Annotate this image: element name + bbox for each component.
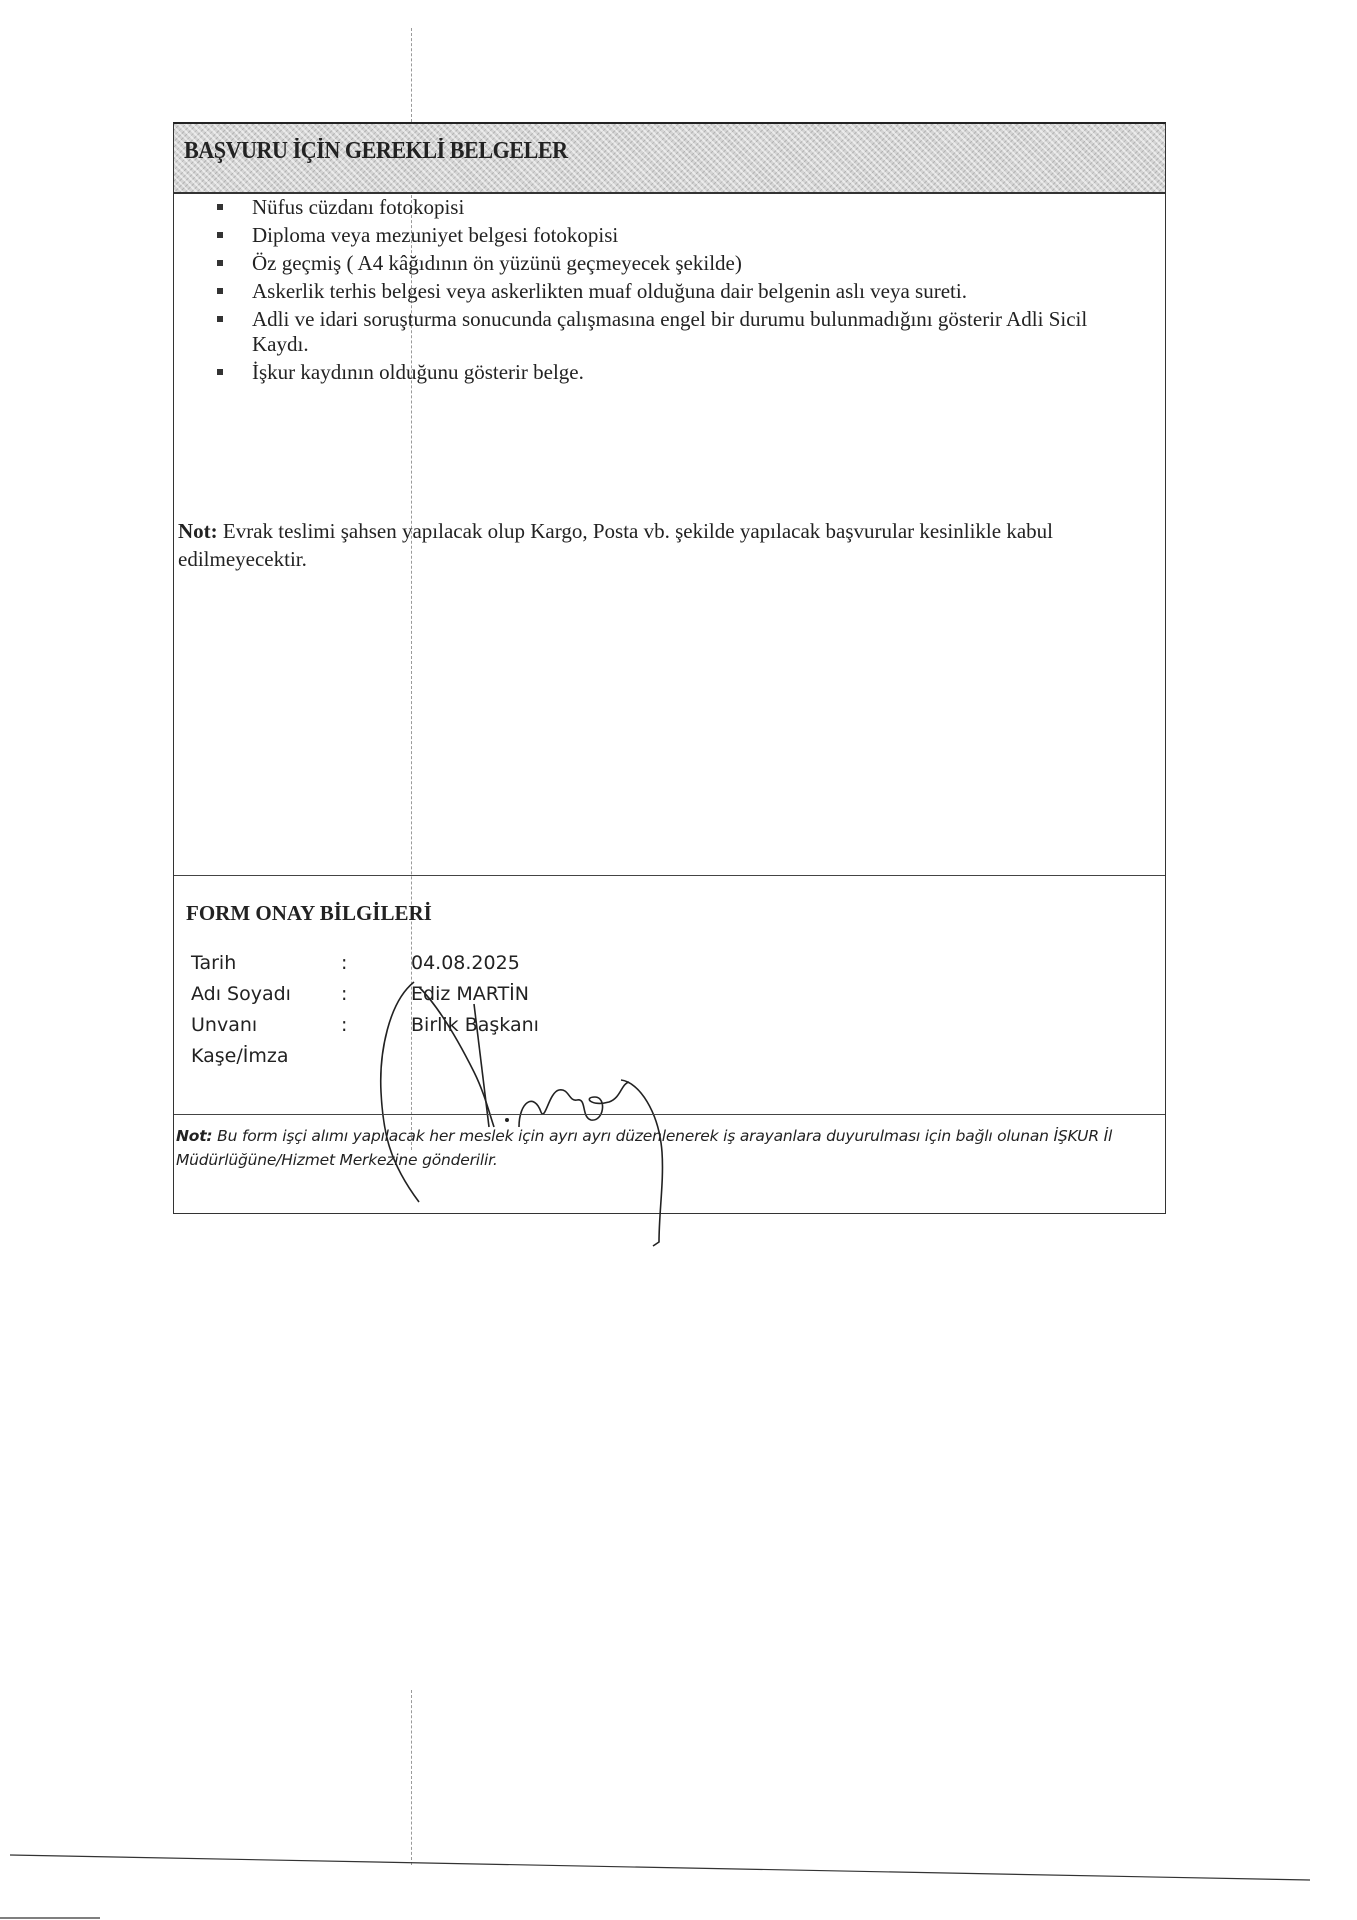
submission-note: Not: Evrak teslimi şahsen yapılacak olup… [178,517,1158,573]
list-item: Diploma veya mezuniyet belgesi fotokopis… [214,223,1134,248]
fold-line-top [411,28,412,122]
list-item: Nüfus cüzdanı fotokopisi [214,195,1134,220]
list-item: İşkur kaydının olduğunu gösterir belge. [214,360,1134,385]
square-bullet-icon [217,204,223,210]
note-label: Not: [178,519,218,543]
list-item: Askerlik terhis belgesi veya askerlikten… [214,279,1092,304]
section-divider [174,875,1165,876]
list-item: Öz geçmiş ( A4 kâğıdının ön yüzünü geçme… [214,251,1134,276]
square-bullet-icon [217,232,223,238]
fold-line-bottom [411,1690,412,1865]
scan-artifact-line [0,1840,1357,1920]
requirements-title: BAŞVURU İÇİN GEREKLİ BELGELER [184,138,568,165]
form-box: BAŞVURU İÇİN GEREKLİ BELGELER Nüfus cüzd… [173,122,1166,1214]
footer-divider [174,1114,1165,1115]
requirements-header: BAŞVURU İÇİN GEREKLİ BELGELER [174,124,1165,194]
required-documents-list: Nüfus cüzdanı fotokopisi Diploma veya me… [214,192,1134,385]
approval-title: FORM ONAY BİLGİLERİ [186,901,432,926]
square-bullet-icon [217,316,223,322]
square-bullet-icon [217,369,223,375]
list-item: Adli ve idari soruşturma sonucunda çalış… [214,307,1134,357]
square-bullet-icon [217,288,223,294]
footer-note-text: Bu form işçi alımı yapılacak her meslek … [176,1127,1112,1169]
square-bullet-icon [217,260,223,266]
footer-note-label: Not: [176,1127,212,1145]
footer-note: Not: Bu form işçi alımı yapılacak her me… [176,1124,1166,1172]
note-text: Evrak teslimi şahsen yapılacak olup Karg… [178,519,1053,571]
